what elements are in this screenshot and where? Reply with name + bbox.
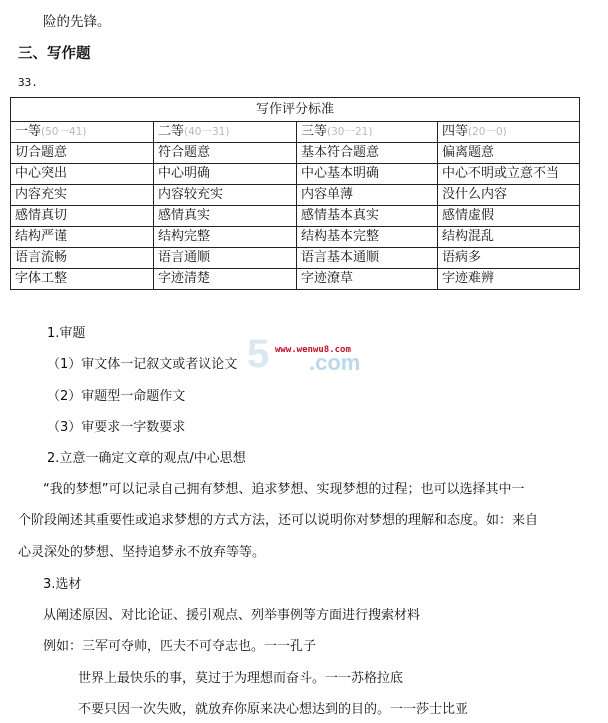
table-cell: 中心明确 <box>154 164 297 185</box>
table-row: 感情真切 感情真实 感情基本真实 感情虚假 <box>11 206 580 227</box>
rubric-header-row: 一等(50一41) 二等(40一31) 三等(30一21) 四等(20一0) <box>11 122 580 143</box>
table-cell: 感情真实 <box>154 206 297 227</box>
table-cell: 结构混乱 <box>438 227 580 248</box>
table-cell: 中心基本明确 <box>297 164 438 185</box>
table-cell: 内容单薄 <box>297 185 438 206</box>
table-row: 结构严谨 结构完整 结构基本完整 结构混乱 <box>11 227 580 248</box>
table-cell: 内容较充实 <box>154 185 297 206</box>
table-row: 切合题意 符合题意 基本符合题意 偏离题意 <box>11 143 580 164</box>
example-quote-2: 世界上最快乐的事，莫过于为理想而奋斗。一一苏格拉底 <box>78 667 403 686</box>
grade-range: (30一21) <box>327 126 372 138</box>
table-cell: 内容充实 <box>11 185 154 206</box>
rubric-table: 写作评分标准 一等(50一41) 二等(40一31) 三等(30一21) 四等(… <box>10 97 580 290</box>
table-cell: 结构基本完整 <box>297 227 438 248</box>
table-row: 内容充实 内容较充实 内容单薄 没什么内容 <box>11 185 580 206</box>
watermark-logo: 5 .com www.wenwu8.com <box>247 332 377 378</box>
table-cell: 结构完整 <box>154 227 297 248</box>
table-cell: 感情真切 <box>11 206 154 227</box>
watermark-url: www.wenwu8.com <box>275 345 351 355</box>
rubric-title: 写作评分标准 <box>11 98 580 122</box>
step-1a-text: （1）审文体一记叙文或者议论文 <box>47 353 237 372</box>
table-cell: 切合题意 <box>11 143 154 164</box>
grade-range: (40一31) <box>184 126 229 138</box>
step-3-heading: 3.选材 <box>43 573 81 592</box>
step-1b-text: （2）审题型一命题作文 <box>47 385 185 404</box>
table-cell: 感情虚假 <box>438 206 580 227</box>
grade-header: 四等(20一0) <box>438 122 580 143</box>
table-row: 语言流畅 语言通顺 语言基本通顺 语病多 <box>11 248 580 269</box>
table-cell: 语言流畅 <box>11 248 154 269</box>
table-cell: 没什么内容 <box>438 185 580 206</box>
table-row: 中心突出 中心明确 中心基本明确 中心不明或立意不当 <box>11 164 580 185</box>
grade-header: 二等(40一31) <box>154 122 297 143</box>
grade-label: 三等 <box>301 124 327 139</box>
example-quote-1: 例如：三军可夺帅，匹夫不可夺志也。一一孔子 <box>43 635 316 654</box>
step-2-heading: 2.立意一确定文章的观点/中心思想 <box>47 447 246 466</box>
table-cell: 字体工整 <box>11 269 154 290</box>
table-cell: 语言基本通顺 <box>297 248 438 269</box>
question-number: 33. <box>18 76 38 89</box>
table-cell: 字迹难辨 <box>438 269 580 290</box>
grade-range: (20一0) <box>468 126 507 138</box>
step-1-heading: 1.审题 <box>47 322 85 341</box>
paragraph-line-1: “我的梦想”可以记录自己拥有梦想、追求梦想、实现梦想的过程；也可以选择其中一 <box>43 478 608 497</box>
step-3-text: 从阐述原因、对比论证、援引观点、列举事例等方面进行搜索材料 <box>43 604 420 623</box>
intro-tail-text: 险的先锋。 <box>43 10 111 30</box>
paragraph-line-2: 个阶段阐述其重要性或追求梦想的方式方法，还可以说明你对梦想的理解和态度。如：来自 <box>18 509 593 528</box>
table-cell: 字迹潦草 <box>297 269 438 290</box>
table-cell: 中心不明或立意不当 <box>438 164 580 185</box>
table-cell: 基本符合题意 <box>297 143 438 164</box>
grade-header: 三等(30一21) <box>297 122 438 143</box>
grade-header: 一等(50一41) <box>11 122 154 143</box>
example-quote-3: 不要只因一次失败，就放弃你原来决心想达到的目的。一一莎士比亚 <box>78 698 468 717</box>
table-cell: 感情基本真实 <box>297 206 438 227</box>
grade-range: (50一41) <box>41 126 86 138</box>
grade-label: 四等 <box>442 124 468 139</box>
watermark-logo-mark: 5 <box>247 332 269 376</box>
table-cell: 字迹清楚 <box>154 269 297 290</box>
section-heading: 三、写作题 <box>18 42 91 63</box>
table-cell: 结构严谨 <box>11 227 154 248</box>
table-cell: 语言通顺 <box>154 248 297 269</box>
table-cell: 中心突出 <box>11 164 154 185</box>
table-cell: 偏离题意 <box>438 143 580 164</box>
table-cell: 符合题意 <box>154 143 297 164</box>
step-1c-text: （3）审要求一字数要求 <box>47 416 185 435</box>
table-row: 字体工整 字迹清楚 字迹潦草 字迹难辨 <box>11 269 580 290</box>
grade-label: 二等 <box>158 124 184 139</box>
paragraph-line-3: 心灵深处的梦想、坚持追梦永不放弃等等。 <box>18 541 593 560</box>
grade-label: 一等 <box>15 124 41 139</box>
table-cell: 语病多 <box>438 248 580 269</box>
